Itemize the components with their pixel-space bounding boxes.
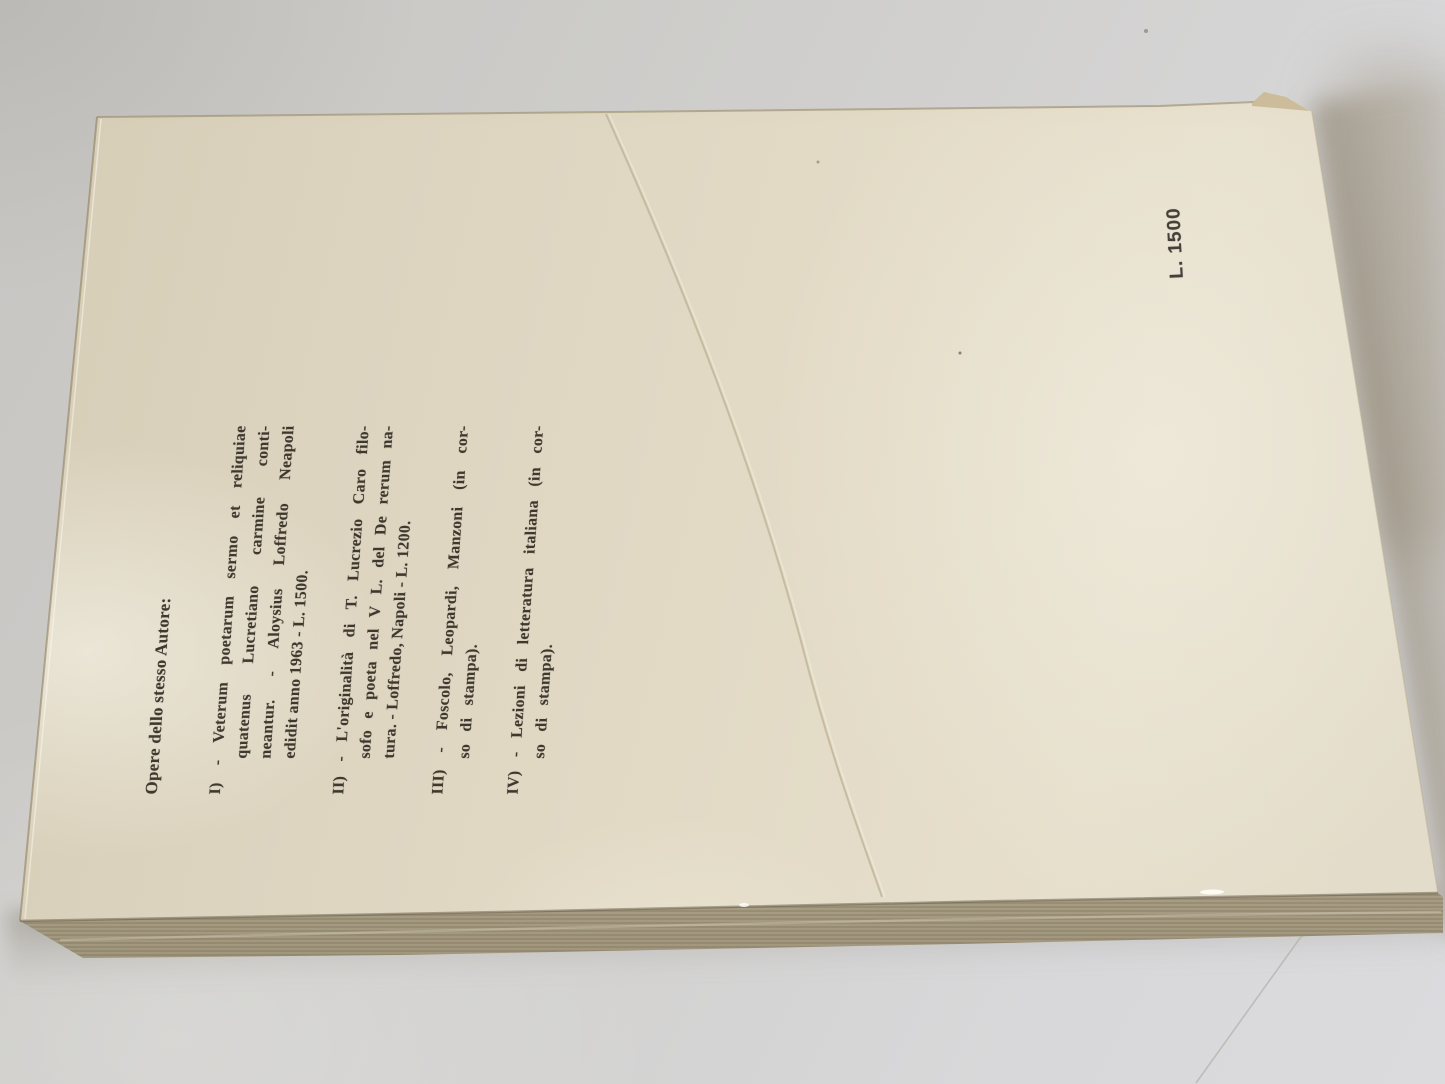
- work-item-3: III) - Foscolo, Leopardi, Manzoni (in co…: [426, 425, 500, 794]
- works-list: Opere dello stesso Autore: I) - Veterum …: [140, 425, 597, 794]
- surface-speck: [1144, 29, 1148, 33]
- work-item-2: II) - L'originalità di T. Lucrezio Caro …: [327, 425, 425, 794]
- price-stamp: L. 1500: [1161, 194, 1192, 291]
- photo-book-back-cover: Opere dello stesso Autore: I) - Veterum …: [0, 0, 1445, 1084]
- work-item-4: IV) - Lezioni di letteratura italiana (i…: [501, 425, 575, 794]
- work-item-1: I) - Veterum poetarum sermo et reliquiae…: [204, 425, 326, 794]
